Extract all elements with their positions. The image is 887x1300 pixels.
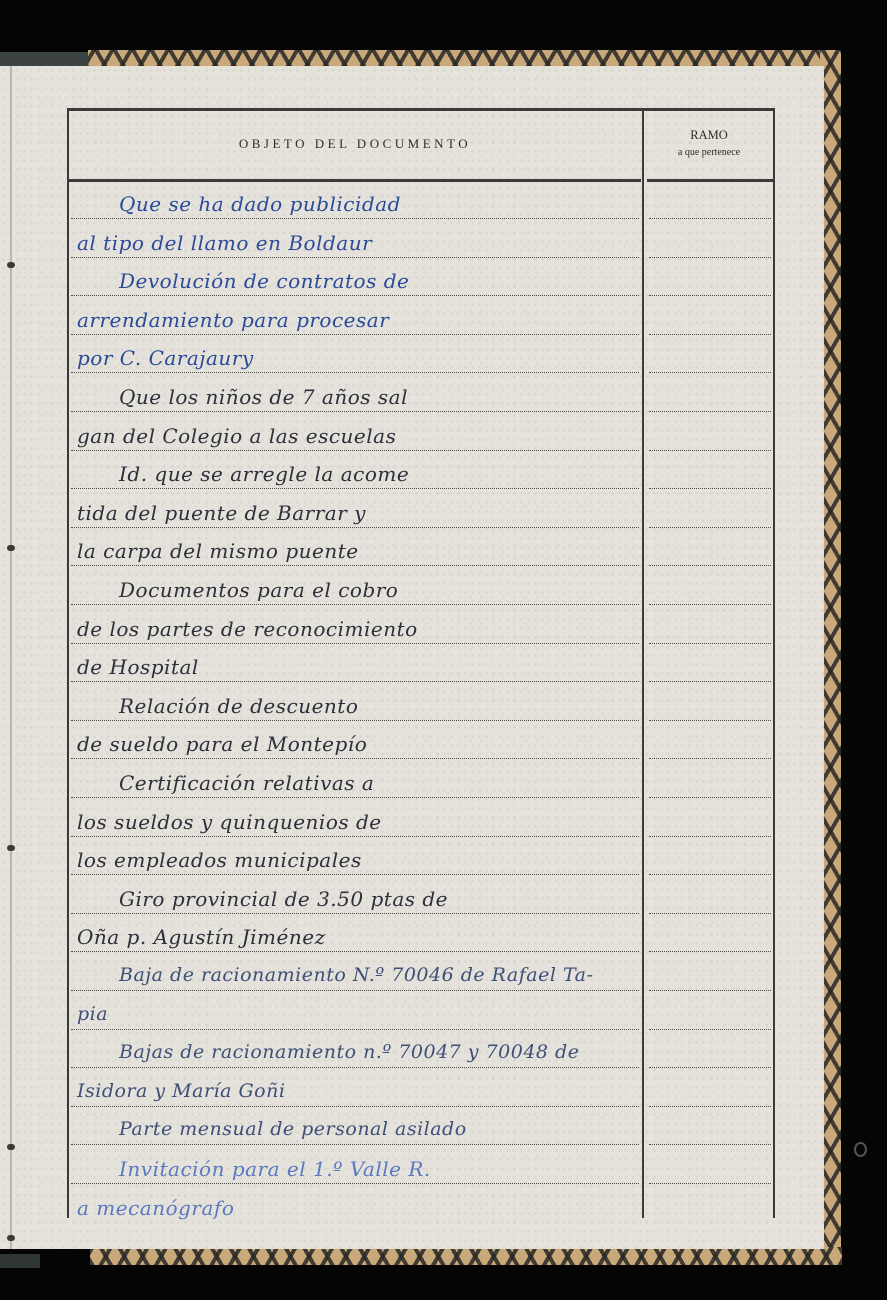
handwritten-entry-line: Documentos para el cobro bbox=[77, 578, 398, 602]
ruled-line-ramo bbox=[649, 334, 771, 335]
handwritten-entry-line: a mecanógrafo bbox=[77, 1196, 234, 1220]
ruled-line-ramo bbox=[649, 874, 771, 875]
ruled-line-ramo bbox=[649, 990, 771, 991]
ruled-line-ramo bbox=[649, 257, 771, 258]
handwritten-entry-line: los sueldos y quinquenios de bbox=[77, 810, 382, 834]
ruled-line-ramo bbox=[649, 565, 771, 566]
camera-reflection-mark bbox=[854, 1142, 867, 1157]
ruled-line bbox=[71, 372, 639, 373]
ruled-line-ramo bbox=[649, 951, 771, 952]
ruled-line-ramo bbox=[649, 758, 771, 759]
handwritten-entry-line: gan del Colegio a las escuelas bbox=[77, 424, 396, 448]
ruled-line bbox=[71, 411, 639, 412]
ruled-line-ramo bbox=[649, 681, 771, 682]
ruled-line bbox=[71, 1029, 639, 1030]
column-header-objeto: OBJETO DEL DOCUMENTO bbox=[67, 136, 643, 152]
ruled-line bbox=[71, 758, 639, 759]
handwritten-entry-line: de sueldo para el Montepío bbox=[77, 732, 367, 756]
handwritten-entry-line: Giro provincial de 3.50 ptas de bbox=[77, 887, 448, 911]
handwritten-entry-line: tida del puente de Barrar y bbox=[77, 501, 366, 525]
ledger-table: OBJETO DEL DOCUMENTO RAMO a que pertenec… bbox=[67, 108, 775, 1218]
ruled-line-ramo bbox=[649, 836, 771, 837]
left-border-line bbox=[67, 108, 69, 1218]
header-top-rule bbox=[67, 108, 775, 111]
ruled-line-ramo bbox=[649, 604, 771, 605]
ruled-line bbox=[71, 295, 639, 296]
ruled-line-ramo bbox=[649, 1029, 771, 1030]
ruled-line-ramo bbox=[649, 913, 771, 914]
handwritten-entry-line: Que los niños de 7 años sal bbox=[77, 385, 408, 409]
ruled-line bbox=[71, 1144, 639, 1145]
ruled-line-ramo bbox=[649, 218, 771, 219]
ruled-line bbox=[71, 1106, 639, 1107]
handwritten-entry-line: arrendamiento para procesar bbox=[77, 308, 389, 332]
handwritten-entry-line: de Hospital bbox=[77, 655, 199, 679]
binding-stitch bbox=[7, 262, 15, 268]
handwritten-entry-line: Baja de racionamiento N.º 70046 de Rafae… bbox=[77, 964, 593, 986]
ruled-line-ramo bbox=[649, 797, 771, 798]
ruled-line-ramo bbox=[649, 1106, 771, 1107]
ruled-line bbox=[71, 604, 639, 605]
ruled-line bbox=[71, 951, 639, 952]
binding-stitch bbox=[7, 845, 15, 851]
ruled-line-ramo bbox=[649, 295, 771, 296]
ruled-line bbox=[71, 450, 639, 451]
header-bottom-rule-main bbox=[69, 179, 641, 182]
ruled-line-ramo bbox=[649, 720, 771, 721]
ruled-line bbox=[71, 720, 639, 721]
column-header-ramo: RAMO a que pertenece bbox=[643, 126, 775, 161]
column-divider bbox=[642, 108, 644, 1218]
handwritten-entry-line: Bajas de racionamiento n.º 70047 y 70048… bbox=[77, 1041, 579, 1063]
ruled-line bbox=[71, 874, 639, 875]
right-border-line bbox=[773, 108, 775, 1218]
handwritten-entry-line: al tipo del llamo en Boldaur bbox=[77, 231, 372, 255]
ruled-line-ramo bbox=[649, 1144, 771, 1145]
handwritten-entry-line: Que se ha dado publicidad bbox=[77, 192, 401, 216]
ruled-line bbox=[71, 334, 639, 335]
book-cover-border-bottom bbox=[90, 1247, 842, 1265]
handwritten-entry-line: los empleados municipales bbox=[77, 848, 362, 872]
ruled-line bbox=[71, 488, 639, 489]
header-bottom-rule-ramo bbox=[647, 179, 773, 182]
ramo-title: RAMO bbox=[643, 126, 775, 145]
ruled-line bbox=[71, 1067, 639, 1068]
ruled-line-ramo bbox=[649, 1183, 771, 1184]
ruled-line bbox=[71, 681, 639, 682]
ruled-line bbox=[71, 797, 639, 798]
handwritten-entry-line: pia bbox=[77, 1003, 108, 1025]
handwritten-entry-line: Devolución de contratos de bbox=[77, 269, 409, 293]
handwritten-entry-line: Relación de descuento bbox=[77, 694, 358, 718]
ruled-line-ramo bbox=[649, 643, 771, 644]
ruled-line-ramo bbox=[649, 411, 771, 412]
ruled-line bbox=[71, 218, 639, 219]
ruled-line bbox=[71, 990, 639, 991]
ruled-line bbox=[71, 565, 639, 566]
ruled-line-ramo bbox=[649, 488, 771, 489]
handwritten-entry-line: Invitación para el 1.º Valle R. bbox=[77, 1157, 431, 1181]
ruled-line-ramo bbox=[649, 450, 771, 451]
handwritten-entry-line: Parte mensual de personal asilado bbox=[77, 1118, 467, 1140]
ruled-line bbox=[71, 257, 639, 258]
ruled-line-ramo bbox=[649, 527, 771, 528]
handwritten-entry-line: Certificación relativas a bbox=[77, 771, 374, 795]
ruled-line bbox=[71, 836, 639, 837]
ruled-line-ramo bbox=[649, 372, 771, 373]
handwritten-entry-line: Isidora y María Goñi bbox=[77, 1080, 285, 1102]
ruled-line bbox=[71, 913, 639, 914]
handwritten-entry-line: por C. Carajaury bbox=[77, 346, 254, 370]
ruled-line bbox=[71, 643, 639, 644]
handwritten-entry-line: Id. que se arregle la acome bbox=[77, 462, 409, 486]
ruled-line bbox=[71, 527, 639, 528]
ramo-subtitle: a que pertenece bbox=[643, 145, 775, 161]
binding-stitch bbox=[7, 1235, 15, 1241]
binding-stitch bbox=[7, 545, 15, 551]
handwritten-entry-line: de los partes de reconocimiento bbox=[77, 617, 418, 641]
handwritten-entry-line: Oña p. Agustín Jiménez bbox=[77, 925, 326, 949]
handwritten-entry-line: la carpa del mismo puente bbox=[77, 539, 359, 563]
ruled-line-ramo bbox=[649, 1067, 771, 1068]
page-gutter bbox=[10, 66, 12, 1249]
ruled-line bbox=[71, 1183, 639, 1184]
binding-stitch bbox=[7, 1144, 15, 1150]
book-spine-bottom bbox=[0, 1254, 40, 1268]
